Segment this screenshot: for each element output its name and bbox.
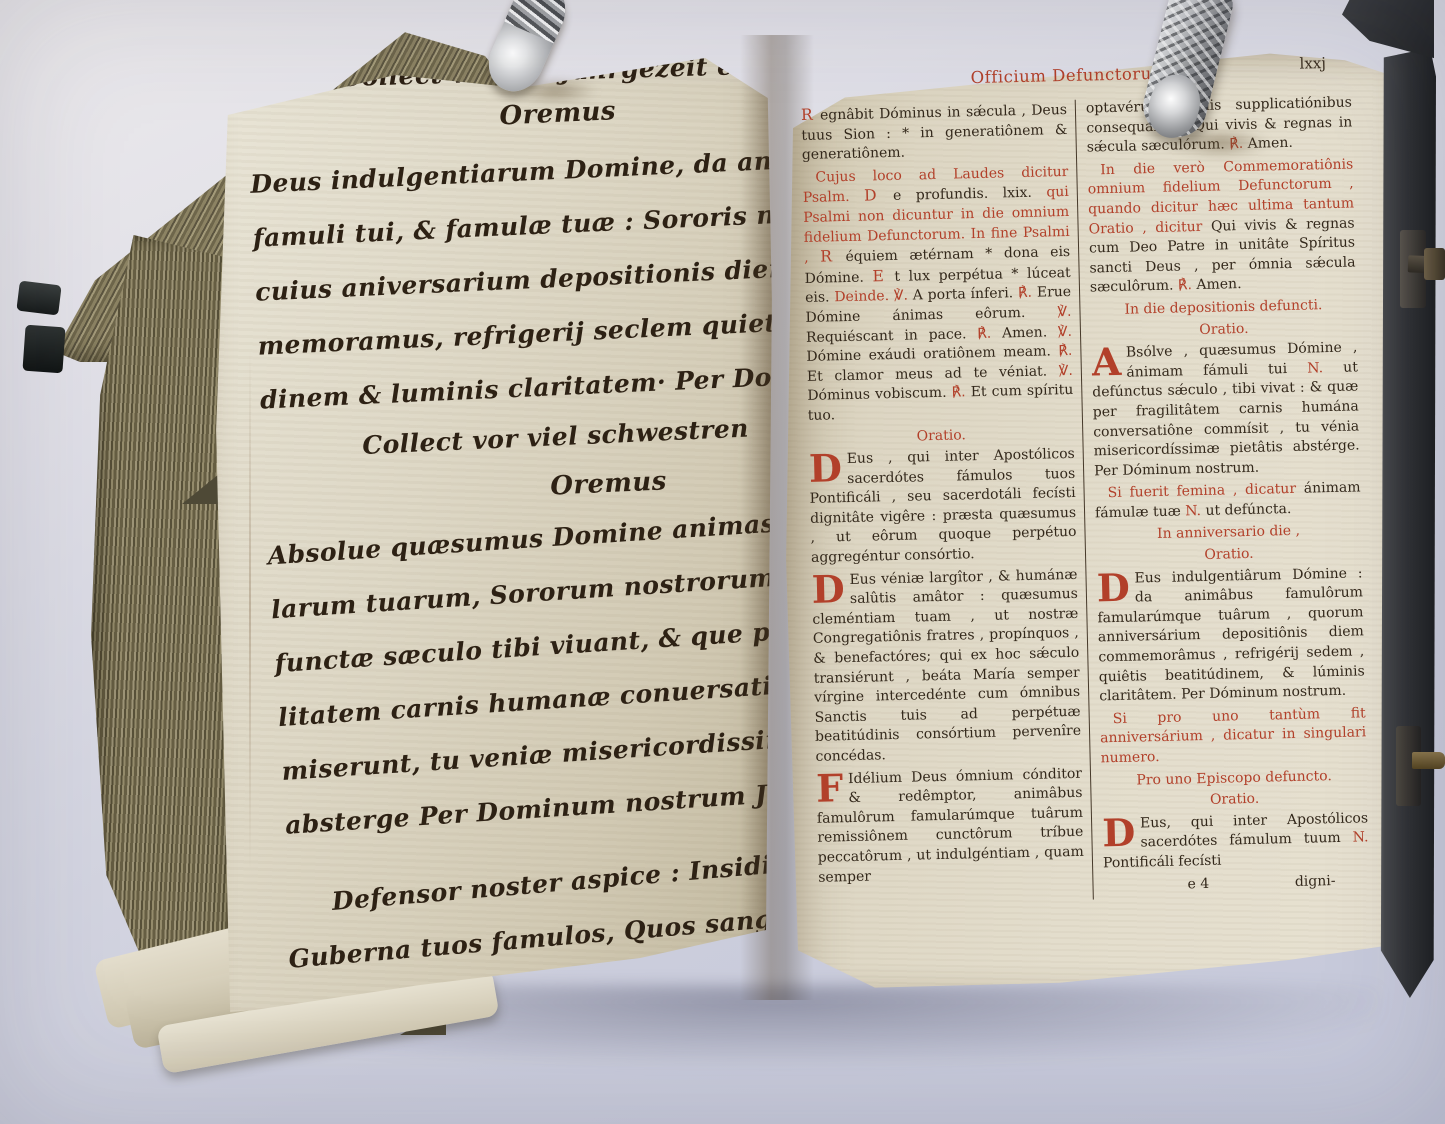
- text-paragraph: In die verò Commemoratiônis omnium fidel…: [1087, 155, 1356, 298]
- text-segment: Bsólve , quæsumus Dómine , ánimam fámuli…: [1126, 340, 1358, 381]
- text-segment: D: [1096, 569, 1135, 603]
- text-paragraph: A Bsólve , quæsumus Dómine , ánimam fámu…: [1091, 339, 1360, 482]
- text-segment: e profundis. lxix.: [893, 185, 1032, 204]
- text-segment: D: [809, 450, 848, 484]
- text-segment: N.: [1185, 503, 1201, 519]
- book-clasp-right-upper-knob: [1424, 248, 1445, 280]
- text-segment: Requiéscant in pace.: [806, 326, 967, 346]
- text-segment: Dóminus vobiscum.: [807, 385, 947, 404]
- text-segment: ℟.: [1058, 343, 1072, 359]
- text-segment: e 4: [1187, 874, 1209, 894]
- text-segment: egnâbit Dóminus in sǽcula , Deus tuus Si…: [801, 102, 1067, 163]
- book-clasp-right-lower-pin: [1412, 752, 1445, 769]
- text-segment: digni-: [1295, 872, 1336, 893]
- text-segment: Si pro uno tantùm fit anniversárium , di…: [1100, 705, 1366, 766]
- text-segment: Eus, qui inter Apostólicos sacerdótes fá…: [1140, 810, 1368, 851]
- text-segment: F: [816, 770, 849, 804]
- text-column-2: optavérunt , piis supplicatiónibus conse…: [1076, 93, 1370, 899]
- left-manuscript-page: Collect vor ein Jahrgezeit einer schwest…: [205, 30, 790, 1030]
- text-segment: ℟.: [1018, 285, 1032, 301]
- text-segment: Et clamor meus ad te véniat.: [807, 363, 1048, 384]
- text-segment: Oratio.: [916, 427, 966, 444]
- text-paragraph: D Eus véniæ largîtor , & humánæ salûtis …: [811, 565, 1081, 767]
- text-segment: In die depositionis defuncti.: [1124, 297, 1322, 317]
- text-segment: A: [1091, 344, 1126, 378]
- printed-text: Officium Defunctorum. lxxj R egnâbit Dóm…: [800, 59, 1387, 906]
- text-segment: Amen.: [1196, 276, 1241, 293]
- text-paragraph: Si fuerit femina , dicatur ánimam fámulæ…: [1094, 479, 1361, 524]
- text-segment: Eus véniæ largîtor , & humánæ salûtis am…: [812, 566, 1081, 764]
- text-segment: ℣.: [1057, 304, 1071, 320]
- text-segment: Dómine exáudi oratiônem meam.: [806, 344, 1051, 366]
- text-paragraph: Si pro uno tantùm fit anniversárium , di…: [1100, 704, 1367, 769]
- text-paragraph: D Eus indulgentiârum Dómine : da animâbu…: [1096, 564, 1365, 707]
- text-segment: Eus indulgentiârum Dómine : da animâbus …: [1097, 565, 1365, 705]
- text-segment: ℟.: [977, 325, 991, 341]
- text-segment: Oratio.: [1199, 320, 1249, 337]
- text-segment: Pro uno Episcopo defuncto.: [1136, 768, 1332, 788]
- two-column-text: R egnâbit Dóminus in sǽcula , Deus tuus …: [801, 93, 1387, 906]
- folio-number: lxxj: [1299, 54, 1326, 73]
- text-segment: Oratio.: [1210, 791, 1260, 808]
- antique-book-photo: Collect vor ein Jahrgezeit einer schwest…: [0, 0, 1445, 1124]
- text-segment: Si fuerit femina , dicatur: [1107, 481, 1296, 501]
- book-clasp-left-lower: [22, 325, 65, 374]
- text-segment: Oratio.: [1204, 546, 1254, 563]
- prayer-paragraph-1: Deus indulgentiarum Domine, da animæfamu…: [249, 133, 806, 427]
- text-segment: E: [872, 267, 886, 285]
- text-segment: D: [864, 187, 879, 205]
- text-segment: Eus , qui inter Apostólicos sacerdótes f…: [810, 446, 1077, 566]
- book-clasp-left-upper: [16, 281, 61, 316]
- text-segment: A porta ínferi.: [913, 286, 1014, 304]
- text-segment: N.: [1307, 360, 1323, 376]
- text-segment: ℟.: [951, 385, 965, 401]
- text-segment: Idélium Deus ómnium cónditor & redêmptor…: [817, 765, 1084, 885]
- text-segment: ℣.: [1059, 363, 1073, 379]
- text-segment: ℣.: [1058, 323, 1072, 339]
- text-segment: D: [811, 571, 850, 605]
- text-segment: Deinde.: [834, 288, 889, 305]
- right-board-cover-edge: [1378, 48, 1436, 998]
- text-segment: N.: [1353, 830, 1369, 846]
- text-segment: Amen.: [1002, 324, 1047, 341]
- text-column-1: R egnâbit Dóminus in sǽcula , Deus tuus …: [801, 100, 1094, 906]
- text-segment: ut defúncta.: [1205, 501, 1291, 519]
- text-paragraph: F Idélium Deus ómnium cónditor & redêmpt…: [816, 764, 1085, 888]
- page-crease: [249, 350, 251, 870]
- text-paragraph: R egnâbit Dóminus in sǽcula , Deus tuus …: [801, 100, 1068, 166]
- text-paragraph: Cujus loco ad Laudes dicitur Psalm. D e …: [802, 163, 1074, 427]
- text-segment: In anniversario die ,: [1157, 523, 1300, 542]
- text-segment: R: [820, 247, 834, 265]
- text-segment: R: [801, 106, 815, 124]
- text-paragraph: D Eus , qui inter Apostólicos sacerdótes…: [809, 445, 1078, 569]
- text-segment: ℟.: [1178, 278, 1192, 294]
- signature-line: e 4 digni-: [1103, 871, 1369, 897]
- text-segment: ℣.: [894, 288, 908, 304]
- text-segment: D: [1102, 814, 1141, 848]
- text-segment: Pontificáli fecísti: [1103, 853, 1222, 872]
- text-paragraph: D Eus, qui inter Apostólicos sacerdótes …: [1102, 809, 1369, 874]
